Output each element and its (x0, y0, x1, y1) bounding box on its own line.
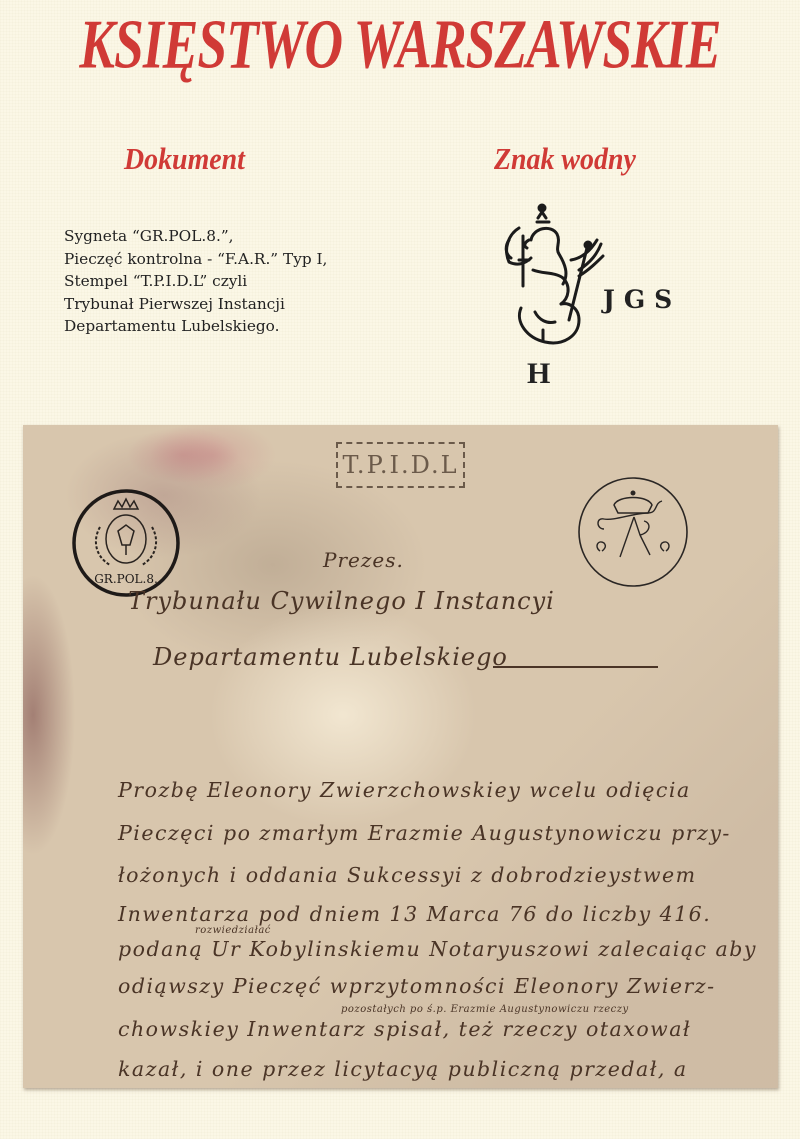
body-line: łożonych i oddania Sukcessyi z dobrodzie… (118, 863, 697, 887)
description-line: Departamentu Lubelskiego. (64, 315, 327, 338)
body-line: Inwentarza pod dniem 13 Marca 76 do licz… (118, 902, 711, 926)
description-line: Sygneta “GR.POL.8.”, (64, 225, 327, 248)
historical-document-image: GR.POL.8. T.P.I.D.L FAR Prezes. Trybunał… (23, 425, 778, 1088)
signet-text: GR.POL.8. (94, 572, 158, 586)
body-line: podaną Ur Kobylinskiemu Notaryuszowi zal… (118, 937, 757, 961)
watermark-initials: JGS (603, 285, 681, 314)
document-description: Sygneta “GR.POL.8.”, Pieczęć kontrolna -… (64, 225, 327, 338)
description-line: Trybunał Pierwszej Instancji (64, 293, 327, 316)
watermark-heading: Znak wodny (494, 141, 636, 177)
body-line: Pieczęci po zmarłym Erazmie Augustynowic… (118, 821, 731, 845)
interlinear-note: rozwiedziałać (195, 925, 271, 936)
body-line: Prozbę Eleonory Zwierzchowskiey wcelu od… (118, 778, 691, 802)
description-line: Stempel “T.P.I.D.L” czyli (64, 270, 327, 293)
body-line: odiąwszy Pieczęć wprzytomności Eleonory … (118, 974, 716, 998)
address-line: Trybunału Cywilnego I Instancyi (128, 587, 555, 615)
interlinear-note: pozostałych po ś.p. Erazmie Augustynowic… (341, 1004, 629, 1015)
address-line: Departamentu Lubelskiego (153, 643, 508, 671)
page-title: KSIĘSTWO WARSZAWSKIE (56, 6, 744, 86)
eagle-watermark-icon (493, 200, 623, 350)
address-underline (493, 666, 658, 668)
control-seal-stamp: FAR (576, 475, 690, 589)
signet-seal-stamp: GR.POL.8. (70, 487, 182, 599)
description-line: Pieczęć kontrolna - “F.A.R.” Typ I, (64, 248, 327, 271)
address-line: Prezes. (323, 548, 404, 572)
watermark-letter: H (527, 357, 550, 391)
court-stamp: T.P.I.D.L (336, 442, 465, 488)
body-line: kazał, i one przez licytacyą publiczną p… (118, 1057, 688, 1081)
document-heading: Dokument (124, 141, 245, 177)
body-line: chowskiey Inwentarz spisał, też rzeczy o… (118, 1017, 691, 1041)
control-seal-monogram: FAR (632, 578, 634, 580)
